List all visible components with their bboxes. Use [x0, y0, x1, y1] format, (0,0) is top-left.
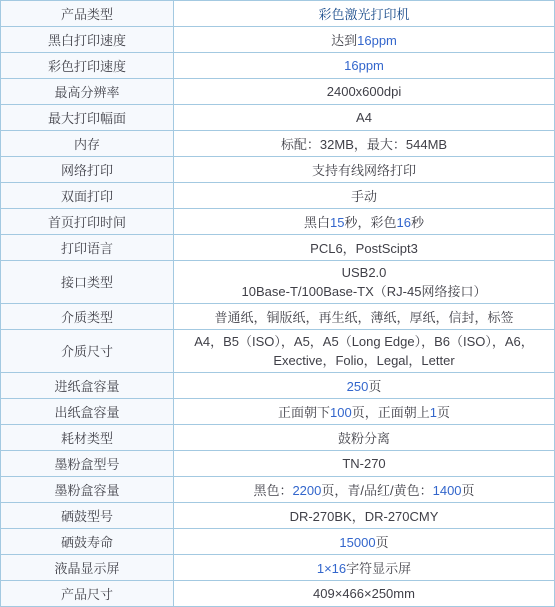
- spec-value-text: 黑色：: [253, 483, 292, 498]
- spec-value-link[interactable]: 1: [430, 405, 437, 420]
- spec-value-link[interactable]: 2200: [292, 483, 321, 498]
- spec-value-text: 10Base-T/100Base-TX（RJ-45网络接口）: [242, 284, 487, 299]
- spec-value: 409×466×250mm: [174, 581, 555, 607]
- spec-row: 液晶显示屏1×16字符显示屏: [1, 555, 555, 581]
- spec-value-link[interactable]: 250: [347, 379, 369, 394]
- spec-value: 彩色激光打印机: [174, 1, 555, 27]
- spec-value-text: 达到: [331, 33, 357, 48]
- product-spec-table: 产品类型彩色激光打印机黑白打印速度达到16ppm彩色打印速度16ppm最高分辨率…: [0, 0, 555, 607]
- spec-value: 手动: [174, 183, 555, 209]
- spec-value-text: 普通纸，铜版纸，再生纸，薄纸，厚纸，信封，标签: [214, 310, 513, 325]
- spec-label: 接口类型: [1, 261, 174, 304]
- spec-value-text: 手动: [351, 189, 377, 204]
- spec-value-link[interactable]: 16ppm: [344, 58, 384, 73]
- spec-value-text: DR-270BK，DR-270CMY: [290, 509, 439, 524]
- spec-value-link[interactable]: 16ppm: [357, 33, 397, 48]
- spec-label: 产品类型: [1, 1, 174, 27]
- spec-value-text: 正面朝下: [278, 405, 330, 420]
- spec-row: 首页打印时间黑白15秒，彩色16秒: [1, 209, 555, 235]
- spec-value-text: 秒: [411, 215, 424, 230]
- spec-row: 硒鼓型号DR-270BK，DR-270CMY: [1, 503, 555, 529]
- spec-value-text: 页，青/品红/黄色：: [321, 483, 432, 498]
- spec-value-link[interactable]: 16: [397, 215, 411, 230]
- spec-value-text: 字符显示屏: [346, 561, 411, 576]
- spec-label: 墨粉盒容量: [1, 477, 174, 503]
- spec-row: 进纸盒容量250页: [1, 373, 555, 399]
- spec-label: 网络打印: [1, 157, 174, 183]
- spec-row: 打印语言PCL6，PostScipt3: [1, 235, 555, 261]
- spec-row: 墨粉盒型号TN-270: [1, 451, 555, 477]
- spec-row: 黑白打印速度达到16ppm: [1, 27, 555, 53]
- spec-row: 彩色打印速度16ppm: [1, 53, 555, 79]
- spec-value: USB2.010Base-T/100Base-TX（RJ-45网络接口）: [174, 261, 555, 304]
- spec-value-text: Exective，Folio，Legal，Letter: [273, 353, 454, 368]
- spec-label: 硒鼓型号: [1, 503, 174, 529]
- spec-value-text: 鼓粉分离: [338, 431, 390, 446]
- spec-value-text: 黑白: [304, 215, 330, 230]
- spec-value: 标配：32MB，最大：544MB: [174, 131, 555, 157]
- spec-value-text: 页: [376, 535, 389, 550]
- spec-label: 打印语言: [1, 235, 174, 261]
- spec-value-text: 页: [462, 483, 475, 498]
- spec-label: 产品尺寸: [1, 581, 174, 607]
- spec-value-text: TN-270: [342, 456, 385, 471]
- spec-value-text: 页，正面朝上: [352, 405, 430, 420]
- spec-label: 介质类型: [1, 304, 174, 330]
- spec-value: A4: [174, 105, 555, 131]
- spec-row: 内存标配：32MB，最大：544MB: [1, 131, 555, 157]
- spec-value-text: A4: [356, 110, 372, 125]
- spec-value: 黑色：2200页，青/品红/黄色：1400页: [174, 477, 555, 503]
- spec-row: 产品尺寸409×466×250mm: [1, 581, 555, 607]
- spec-label: 墨粉盒型号: [1, 451, 174, 477]
- spec-row: 介质尺寸A4，B5（ISO），A5，A5（Long Edge），B6（ISO），…: [1, 330, 555, 373]
- spec-row: 耗材类型鼓粉分离: [1, 425, 555, 451]
- spec-label: 硒鼓寿命: [1, 529, 174, 555]
- spec-value-text: PCL6，PostScipt3: [310, 241, 418, 256]
- spec-value-link[interactable]: 1×16: [317, 561, 346, 576]
- spec-value: 达到16ppm: [174, 27, 555, 53]
- spec-value: DR-270BK，DR-270CMY: [174, 503, 555, 529]
- spec-value: 16ppm: [174, 53, 555, 79]
- spec-label: 内存: [1, 131, 174, 157]
- spec-value-text: 页: [437, 405, 450, 420]
- spec-label: 黑白打印速度: [1, 27, 174, 53]
- spec-label: 介质尺寸: [1, 330, 174, 373]
- spec-label: 最高分辨率: [1, 79, 174, 105]
- spec-row: 介质类型普通纸，铜版纸，再生纸，薄纸，厚纸，信封，标签: [1, 304, 555, 330]
- spec-row: 墨粉盒容量黑色：2200页，青/品红/黄色：1400页: [1, 477, 555, 503]
- spec-value-text: 标配：32MB，最大：544MB: [281, 137, 447, 152]
- spec-value-text: A4，B5（ISO），A5，A5（Long Edge），B6（ISO），A6，: [194, 334, 534, 349]
- spec-row: 接口类型USB2.010Base-T/100Base-TX（RJ-45网络接口）: [1, 261, 555, 304]
- spec-value: 普通纸，铜版纸，再生纸，薄纸，厚纸，信封，标签: [174, 304, 555, 330]
- product-type-link[interactable]: 彩色激光打印机: [318, 7, 409, 22]
- spec-label: 进纸盒容量: [1, 373, 174, 399]
- spec-label: 液晶显示屏: [1, 555, 174, 581]
- spec-row: 双面打印手动: [1, 183, 555, 209]
- spec-label: 出纸盒容量: [1, 399, 174, 425]
- spec-table-body: 产品类型彩色激光打印机黑白打印速度达到16ppm彩色打印速度16ppm最高分辨率…: [1, 1, 555, 607]
- spec-value: 250页: [174, 373, 555, 399]
- spec-value-text: 2400x600dpi: [327, 84, 401, 99]
- spec-value: PCL6，PostScipt3: [174, 235, 555, 261]
- spec-label: 双面打印: [1, 183, 174, 209]
- spec-row: 网络打印支持有线网络打印: [1, 157, 555, 183]
- spec-value: 支持有线网络打印: [174, 157, 555, 183]
- spec-value-link[interactable]: 100: [330, 405, 352, 420]
- spec-value-link[interactable]: 15000: [339, 535, 375, 550]
- spec-row: 最高分辨率2400x600dpi: [1, 79, 555, 105]
- spec-value-link[interactable]: 1400: [433, 483, 462, 498]
- spec-value-text: 秒，彩色: [344, 215, 396, 230]
- spec-label: 首页打印时间: [1, 209, 174, 235]
- spec-table: 产品类型彩色激光打印机黑白打印速度达到16ppm彩色打印速度16ppm最高分辨率…: [0, 0, 555, 607]
- spec-value-text: USB2.0: [342, 265, 387, 280]
- spec-value: 正面朝下100页，正面朝上1页: [174, 399, 555, 425]
- spec-label: 彩色打印速度: [1, 53, 174, 79]
- spec-row: 最大打印幅面A4: [1, 105, 555, 131]
- spec-row: 出纸盒容量正面朝下100页，正面朝上1页: [1, 399, 555, 425]
- spec-row: 硒鼓寿命15000页: [1, 529, 555, 555]
- spec-value-link[interactable]: 15: [330, 215, 344, 230]
- spec-value: TN-270: [174, 451, 555, 477]
- spec-value: 1×16字符显示屏: [174, 555, 555, 581]
- spec-value: 15000页: [174, 529, 555, 555]
- spec-value-text: 409×466×250mm: [313, 586, 415, 601]
- spec-row: 产品类型彩色激光打印机: [1, 1, 555, 27]
- spec-label: 耗材类型: [1, 425, 174, 451]
- spec-value-text: 支持有线网络打印: [312, 163, 416, 178]
- spec-value-text: 页: [368, 379, 381, 394]
- spec-value: 鼓粉分离: [174, 425, 555, 451]
- spec-value: 2400x600dpi: [174, 79, 555, 105]
- spec-value: A4，B5（ISO），A5，A5（Long Edge），B6（ISO），A6，E…: [174, 330, 555, 373]
- spec-value: 黑白15秒，彩色16秒: [174, 209, 555, 235]
- spec-label: 最大打印幅面: [1, 105, 174, 131]
